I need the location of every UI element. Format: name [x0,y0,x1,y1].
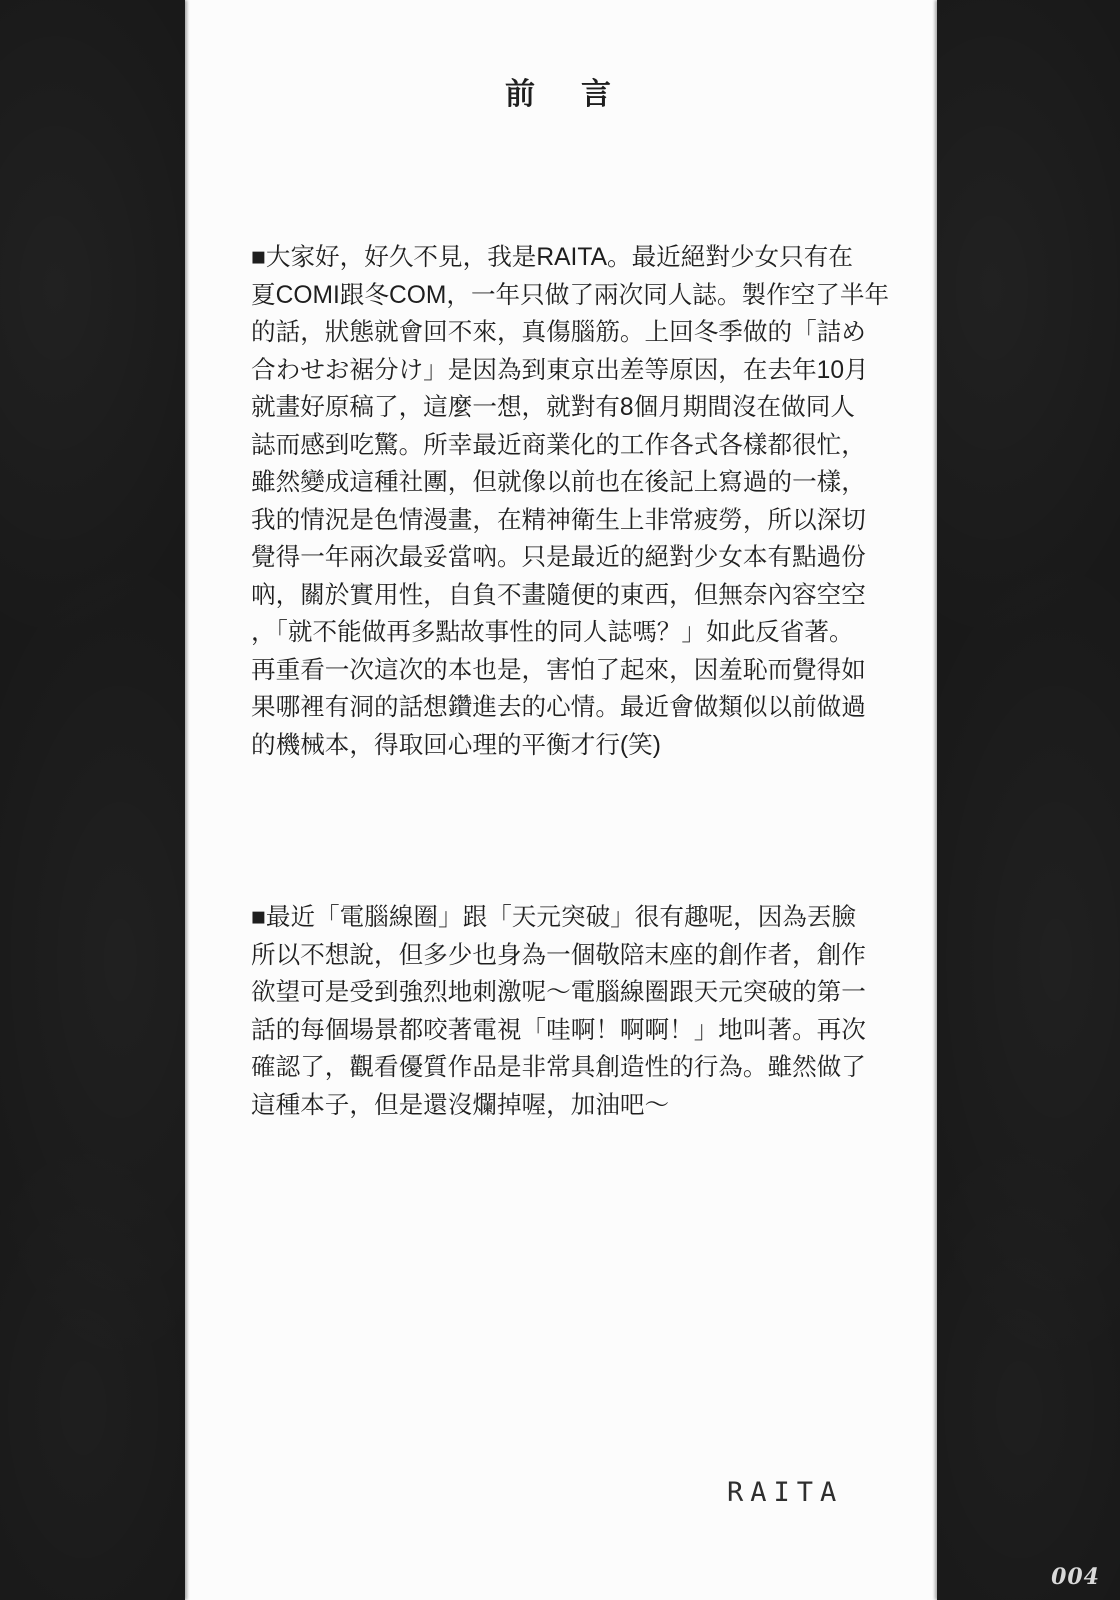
scanned-page: 前言 ■大家好，好久不見，我是RAITA。最近絕對少女只有在夏COMI跟冬COM… [0,0,1120,1600]
page-number: 004 [1051,1564,1100,1590]
text-line: 再重看一次這次的本也是，害怕了起來，因羞恥而覺得如 [251,652,891,690]
text-line: ■大家好，好久不見，我是RAITA。最近絕對少女只有在 [251,239,891,277]
scan-border-left [0,0,185,1600]
text-line: ，「就不能做再多點故事性的同人誌嗎？」如此反省著。 [251,614,891,652]
text-line: 話的每個場景都咬著電視「哇啊！啊啊！」地叫著。再次 [251,1012,891,1050]
text-line: 合わせお裾分け」是因為到東京出差等原因，在去年10月 [251,352,891,390]
text-line: ■最近「電腦線圈」跟「天元突破」很有趣呢，因為丟臉 [251,899,891,937]
foreword-paragraph-1: ■大家好，好久不見，我是RAITA。最近絕對少女只有在夏COMI跟冬COM，一年… [251,239,891,764]
text-line: 所以不想說，但多少也身為一個敬陪末座的創作者，創作 [251,937,891,975]
text-line: 我的情況是色情漫畫，在精神衛生上非常疲勞，所以深切 [251,502,891,540]
text-line: 這種本子，但是還沒爛掉喔，加油吧～ [251,1087,891,1125]
text-line: 夏COMI跟冬COM，一年只做了兩次同人誌。製作空了半年 [251,277,891,315]
text-line: 的話，狀態就會回不來，真傷腦筋。上回冬季做的「詰め [251,314,891,352]
text-line: 吶，關於實用性，自負不畫隨便的東西，但無奈內容空空 [251,577,891,615]
page-title: 前言 [505,80,657,110]
text-line: 果哪裡有洞的話想鑽進去的心情。最近會做類似以前做過 [251,689,891,727]
scan-border-right [937,0,1120,1600]
text-line: 誌而感到吃驚。所幸最近商業化的工作各式各樣都很忙， [251,427,891,465]
text-line: 欲望可是受到強烈地刺激呢～電腦線圈跟天元突破的第一 [251,974,891,1012]
text-line: 確認了，觀看優質作品是非常具創造性的行為。雖然做了 [251,1049,891,1087]
author-signature: RAITA [727,1477,843,1508]
text-line: 就畫好原稿了，這麼一想，就對有8個月期間沒在做同人 [251,389,891,427]
text-line: 的機械本，得取回心理的平衡才行(笑) [251,727,891,765]
text-line: 雖然變成這種社團，但就像以前也在後記上寫過的一樣， [251,464,891,502]
text-line: 覺得一年兩次最妥當吶。只是最近的絕對少女本有點過份 [251,539,891,577]
foreword-paragraph-2: ■最近「電腦線圈」跟「天元突破」很有趣呢，因為丟臉所以不想說，但多少也身為一個敬… [251,899,891,1124]
